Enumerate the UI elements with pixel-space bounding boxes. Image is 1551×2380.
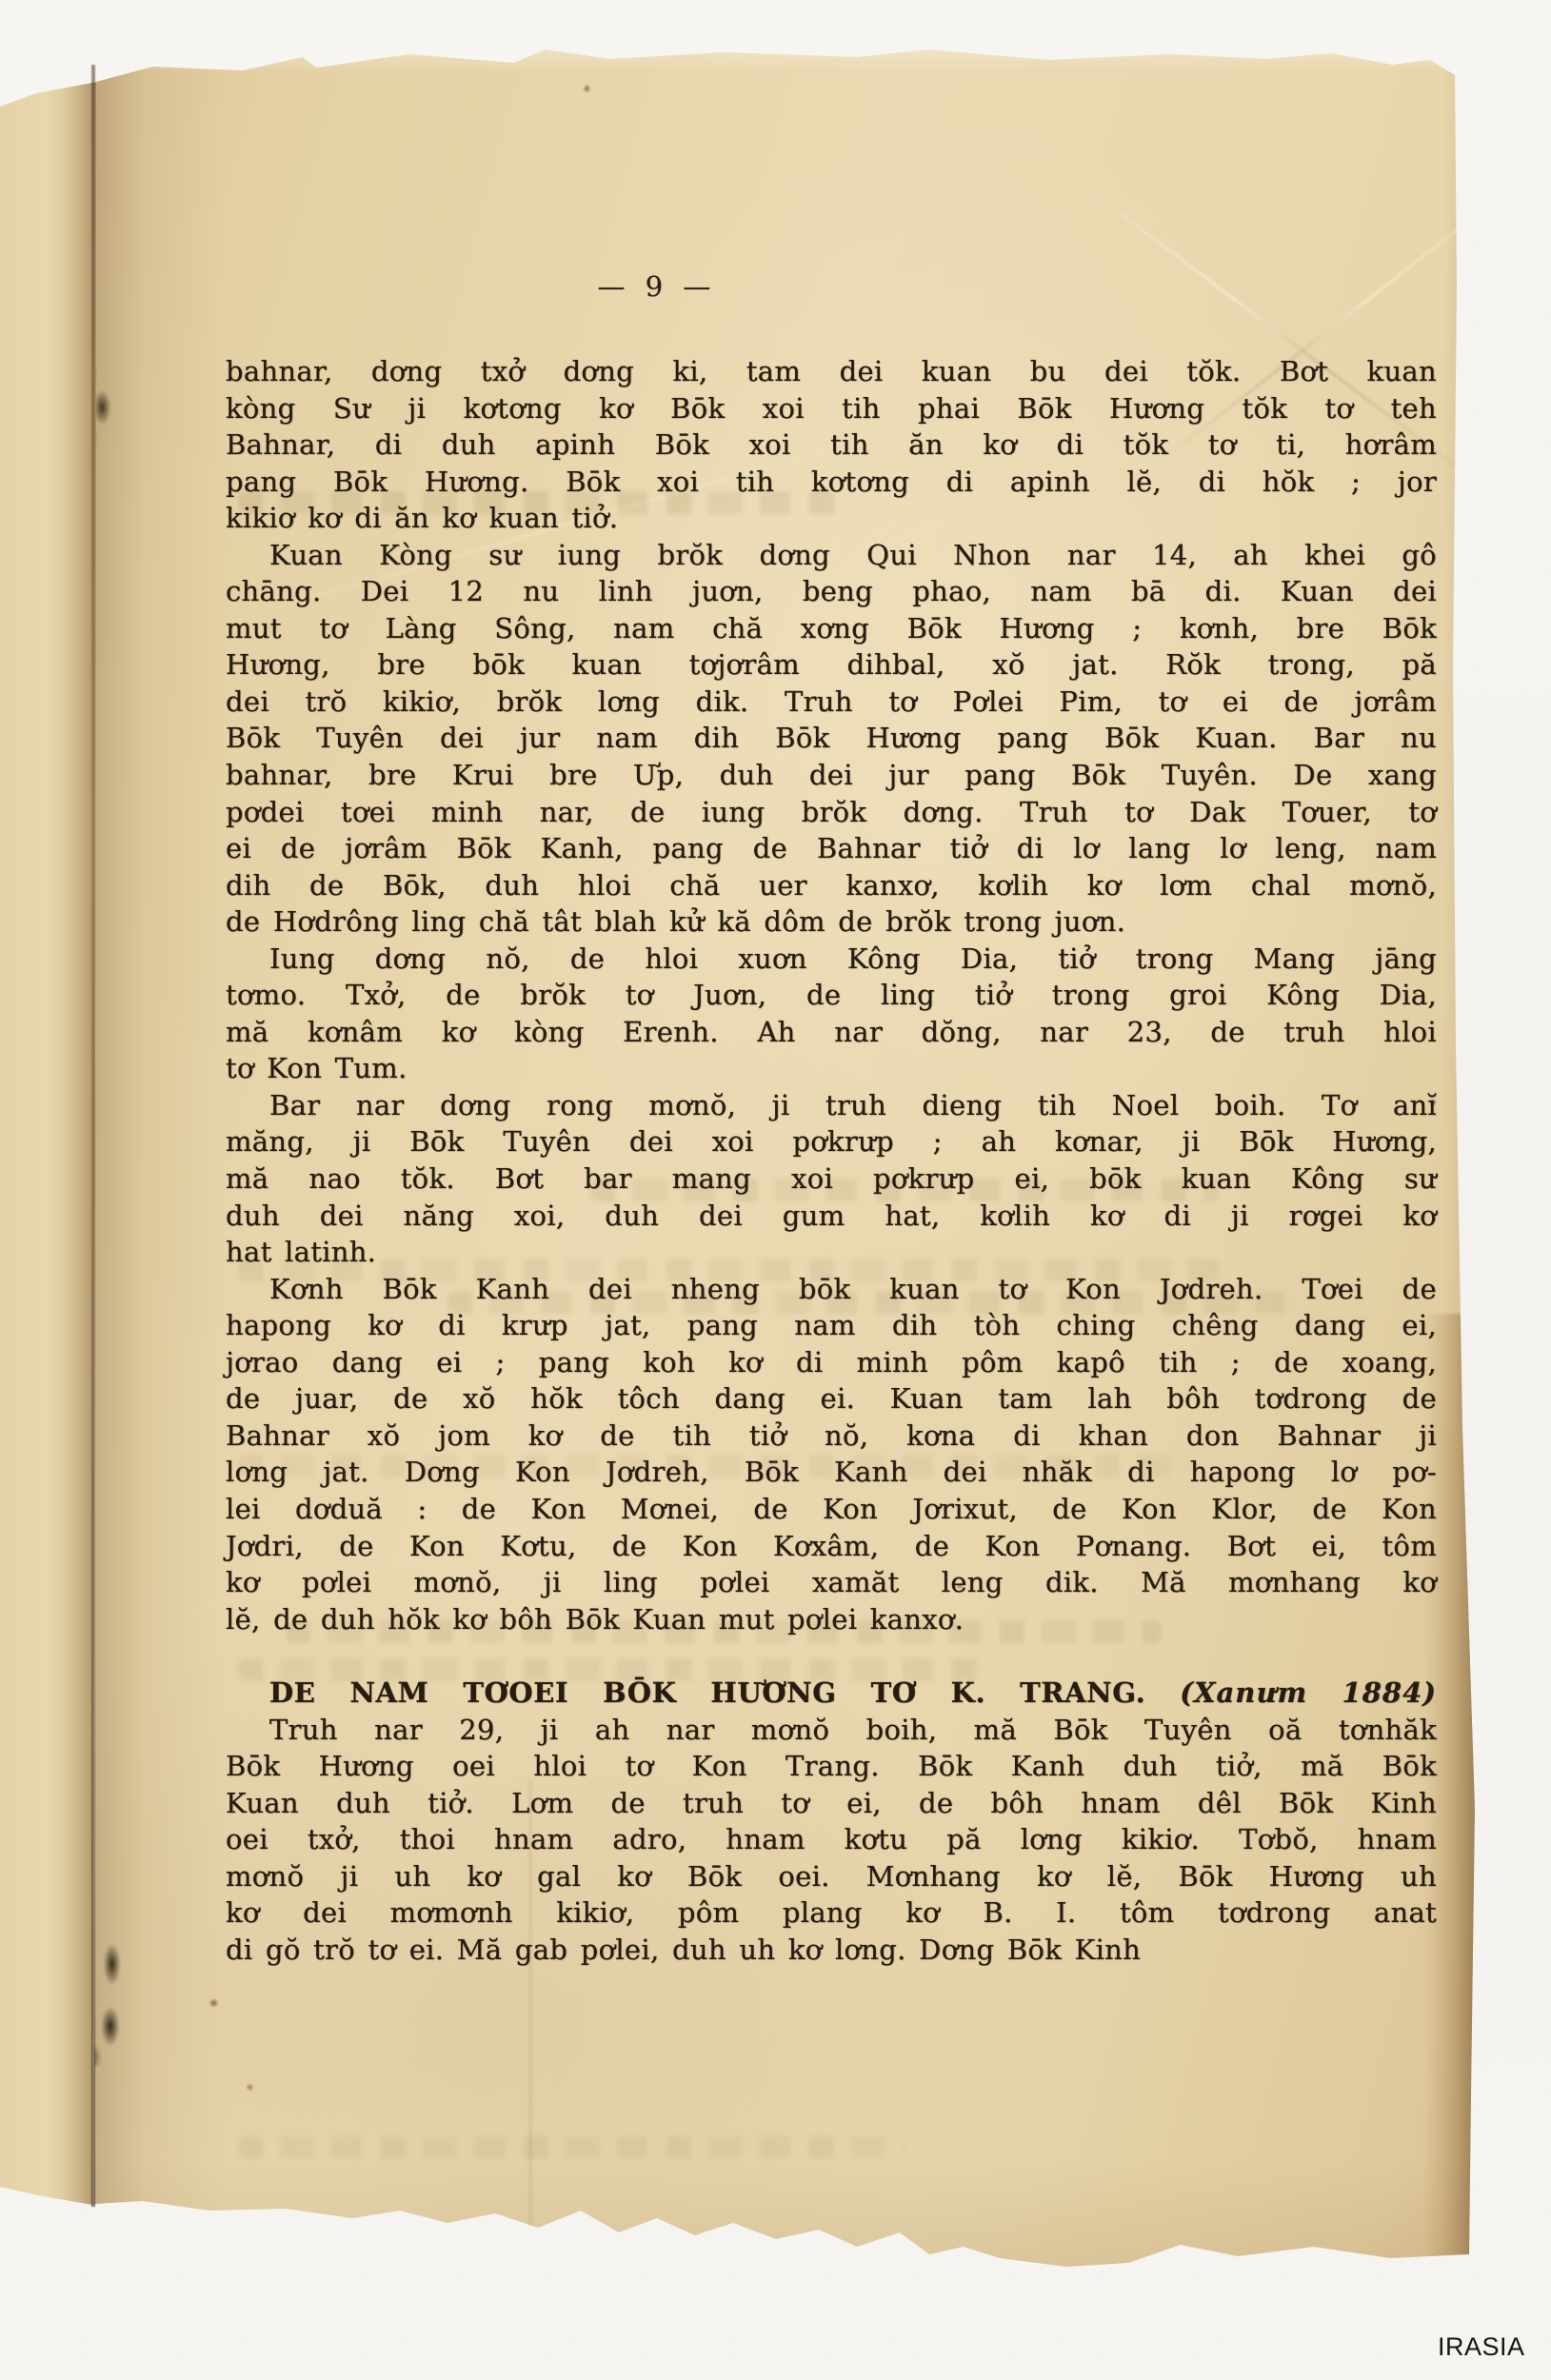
- text-line: bahnar, bre Krui bre Ưp, duh dei jur pan…: [226, 757, 1437, 794]
- text-line: hapong kơ di krưp jat, pang nam dih tòh …: [226, 1307, 1437, 1344]
- text-line: lĕ, de duh hŏk kơ bôh Bōk Kuan mut pơlei…: [226, 1601, 1437, 1638]
- adjacent-page-edge: [0, 0, 99, 2380]
- text-line: Bar nar dơng rong mơnŏ, ji truh dieng ti…: [226, 1087, 1437, 1124]
- text-line: de juar, de xŏ hŏk tôch dang ei. Kuan ta…: [226, 1380, 1437, 1418]
- text-line: kòng Sư ji kơtơng kơ Bōk xoi tih phai Bō…: [226, 390, 1437, 427]
- text-line: Bōk Tuyên dei jur nam dih Bōk Hương pang…: [226, 720, 1437, 757]
- text-line: hat latinh.: [226, 1234, 1437, 1271]
- text-line: mă nao tŏk. Bơt bar mang xoi pơkrưp ei, …: [226, 1160, 1437, 1198]
- section-heading-text: DE NAM TƠOEI BŌK HƯƠNG TƠ K. TRANG.: [269, 1676, 1180, 1709]
- text-line: kơ pơlei mơnŏ, ji ling pơlei xamăt leng …: [226, 1564, 1437, 1601]
- show-through-text: [238, 2136, 905, 2159]
- paper-speck: [209, 1998, 219, 2008]
- text-line: Kuan duh tiở. Lơm de truh tơ ei, de bôh …: [226, 1785, 1437, 1822]
- text-line: dih de Bōk, duh hloi chă uer kanxơ, kơli…: [226, 867, 1437, 904]
- text-line: Iung dơng nŏ, de hloi xuơn Kông Dia, tiở…: [226, 941, 1437, 978]
- text-line: Hương, bre bōk kuan tơjơrâm dihbal, xŏ j…: [226, 646, 1437, 684]
- text-line: tơ Kon Tum.: [226, 1050, 1437, 1087]
- text-line: tơmo. Txở, de brŏk tơ Juơn, de ling tiở …: [226, 977, 1437, 1014]
- scan-background: — 9 — bahnar, dơng txở dơng ki, tam dei …: [0, 0, 1551, 2380]
- text-line: di gŏ trŏ tơ ei. Mă gab pơlei, duh uh kơ…: [226, 1932, 1437, 1969]
- page-number: — 9 —: [505, 270, 809, 303]
- text-line: mut tơ Làng Sông, nam chă xơng Bōk Hương…: [226, 610, 1437, 647]
- text-line: măng, ji Bōk Tuyên dei xoi pơkrưp ; ah k…: [226, 1123, 1437, 1160]
- paper-speck: [583, 84, 591, 93]
- section-heading-year: (Xanưm 1884): [1180, 1676, 1437, 1709]
- text-line: lơng jat. Dơng Kon Jơdreh, Bōk Kanh dei …: [226, 1454, 1437, 1491]
- watermark-label: IRASIA: [1438, 2332, 1551, 2362]
- text-line: de Hơdrông ling chă tât blah kử kă dôm d…: [226, 903, 1437, 941]
- text-line: Bahnar xŏ jom kơ de tih tiở nŏ, kơna di …: [226, 1418, 1437, 1455]
- text-block: bahnar, dơng txở dơng ki, tam dei kuan b…: [226, 353, 1437, 1969]
- text-line: pơdei tơei minh nar, de iung brŏk dơng. …: [226, 794, 1437, 831]
- bottom-edge-shade: [0, 2161, 1551, 2275]
- text-line: oei txở, thoi hnam adro, hnam kơtu pă lơ…: [226, 1821, 1437, 1858]
- text-line: ei de jơrâm Bōk Kanh, pang de Bahnar tiở…: [226, 830, 1437, 867]
- paper-speck: [246, 2083, 254, 2092]
- text-line: kơ dei mơmơnh kikiơ, pôm plang kơ B. I. …: [226, 1894, 1437, 1932]
- text-line: dei trŏ kikiơ, brŏk lơng dik. Truh tơ Pơ…: [226, 684, 1437, 721]
- text-line: Jơdri, de Kon Kơtu, de Kon Kơxâm, de Kon…: [226, 1528, 1437, 1565]
- text-line: kikiơ kơ di ăn kơ kuan tiở.: [226, 500, 1437, 537]
- text-line: mă kơnâm kơ kòng Erenh. Ah nar dŏng, nar…: [226, 1014, 1437, 1051]
- text-line: mơnŏ ji uh kơ gal kơ Bōk oei. Mơnhang kơ…: [226, 1858, 1437, 1895]
- section-heading: DE NAM TƠOEI BŌK HƯƠNG TƠ K. TRANG. (Xan…: [226, 1675, 1437, 1712]
- text-line: Kuan Kòng sư iung brŏk dơng Qui Nhon nar…: [226, 537, 1437, 574]
- text-line: Bōk Hương oei hloi tơ Kon Trang. Bōk Kan…: [226, 1748, 1437, 1785]
- text-line: Bahnar, di duh apinh Bōk xoi tih ăn kơ d…: [226, 426, 1437, 464]
- text-line: Truh nar 29, ji ah nar mơnŏ boih, mă Bōk…: [226, 1712, 1437, 1749]
- text-line: chāng. Dei 12 nu linh juơn, beng phao, n…: [226, 573, 1437, 610]
- text-line: Kơnh Bōk Kanh dei nheng bōk kuan tơ Kon …: [226, 1271, 1437, 1308]
- book-page: — 9 — bahnar, dơng txở dơng ki, tam dei …: [0, 0, 1551, 2380]
- text-line: jơrao dang ei ; pang koh kơ di minh pôm …: [226, 1344, 1437, 1381]
- text-line: lei dơduă : de Kon Mơnei, de Kon Jơrixut…: [226, 1491, 1437, 1528]
- binding-crease: [91, 65, 95, 2207]
- torn-top-edge-highlight: [0, 48, 1551, 72]
- text-line: bahnar, dơng txở dơng ki, tam dei kuan b…: [226, 353, 1437, 390]
- text-line: duh dei năng xoi, duh dei gum hat, kơlih…: [226, 1198, 1437, 1235]
- text-line: pang Bōk Hương. Bōk xoi tih kơtơng di ap…: [226, 464, 1437, 501]
